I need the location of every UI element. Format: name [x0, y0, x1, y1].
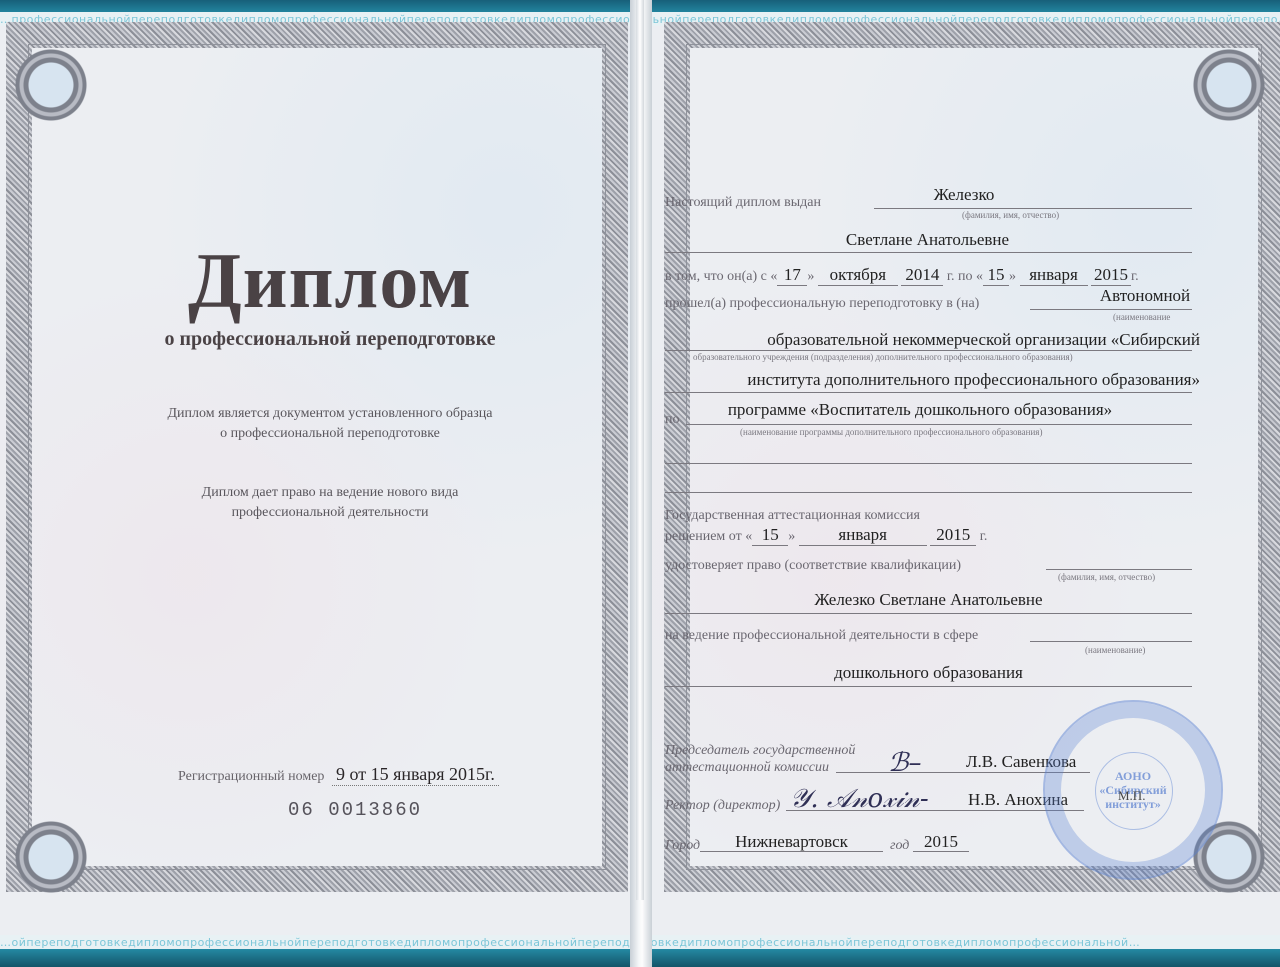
city-label: Город — [665, 838, 700, 854]
study-period: в том, что он(а) с «17» октября 2014 г. … — [665, 265, 1139, 286]
hint-name-2: (наименование) — [1085, 645, 1145, 655]
end-year: 2015 — [1091, 265, 1131, 286]
org-line-1: Автономной — [1090, 286, 1200, 306]
decision-day: 15 — [752, 525, 788, 546]
registration-label: Регистрационный номер — [178, 769, 324, 784]
end-day: 15 — [983, 265, 1009, 286]
year-field: 2015 — [913, 832, 969, 852]
given-names-field: Светлане Анатольевне — [665, 230, 1190, 250]
hint-fio: (фамилия, имя, отчество) — [962, 210, 1059, 220]
decision-year: 2015 — [930, 525, 976, 546]
rights-statement: Диплом дает право на ведение нового вида… — [120, 483, 540, 523]
diploma-subtitle: о профессиональной переподготовке — [120, 328, 540, 351]
surname-field: Железко — [874, 185, 1054, 205]
chair-signature: ℬ– — [888, 748, 921, 778]
start-month: октября — [818, 265, 898, 286]
diploma-title: Диплом — [120, 236, 540, 326]
corner-rosette-icon — [1192, 48, 1266, 122]
program-name: программе «Воспитатель дошкольного образ… — [690, 400, 1150, 420]
year-label: год — [890, 838, 909, 854]
retraining-label: прошел(а) профессиональную переподготовк… — [665, 296, 979, 312]
serial-number: 06 0013860 — [170, 799, 540, 821]
decision-date: решением от «15» января 2015 г. — [665, 525, 987, 546]
program-prefix: по — [665, 412, 680, 428]
certifies-label: удостоверяет право (соответствие квалифи… — [665, 558, 961, 574]
chair-label: Председатель государственной аттестацион… — [665, 742, 855, 776]
start-day: 17 — [777, 265, 807, 286]
hint-fio-2: (фамилия, имя, отчество) — [1058, 572, 1155, 582]
corner-rosette-icon — [14, 820, 88, 894]
rector-label: Ректор (директор) — [665, 798, 780, 814]
rector-signature: 𝒴. 𝒜𝓃𝑜𝓍𝒾𝓃- — [790, 784, 929, 815]
corner-rosette-icon — [14, 48, 88, 122]
start-year: 2014 — [901, 265, 943, 286]
binding-ribbon — [636, 0, 644, 900]
end-month: января — [1020, 265, 1088, 286]
validity-statement: Диплом является документом установленног… — [120, 404, 540, 444]
full-name-field: Железко Светлане Анатольевне — [665, 590, 1192, 610]
hint-program: (наименование программы дополнительного … — [740, 427, 1042, 437]
registration-value: 9 от 15 января 2015г. — [332, 764, 499, 786]
decision-month: января — [799, 525, 927, 546]
sphere-field: дошкольного образования — [665, 663, 1192, 683]
left-guilloche-border — [6, 22, 628, 892]
hint-org: образовательного учреждения (подразделен… — [693, 352, 1073, 362]
city-field: Нижневартовск — [700, 832, 883, 852]
stamp-place-mark: М.П. — [1118, 788, 1145, 804]
org-line-2: образовательной некоммерческой организац… — [665, 330, 1200, 350]
commission-label: Государственная аттестационная комиссия — [665, 508, 920, 524]
issued-to-label: Настоящий диплом выдан — [665, 195, 821, 211]
sphere-label: на ведение профессиональной деятельности… — [665, 628, 978, 644]
registration-number: Регистрационный номер 9 от 15 января 201… — [178, 764, 499, 786]
hint-name: (наименование — [1113, 312, 1170, 322]
org-line-3: института дополнительного профессиональн… — [665, 370, 1200, 390]
